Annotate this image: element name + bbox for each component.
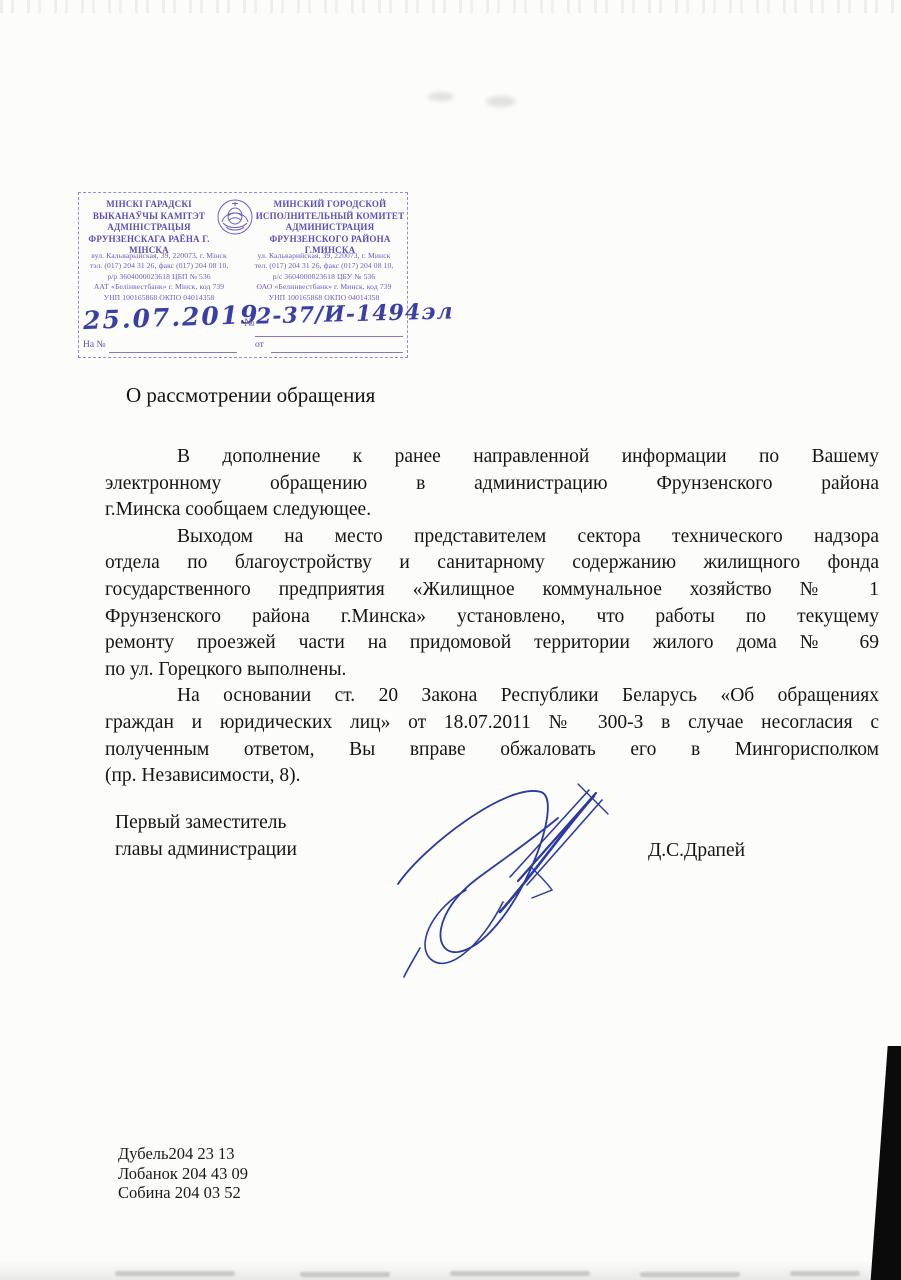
ot-date-underline (271, 352, 403, 353)
executor-contact-line: Лобанок 204 43 09 (118, 1164, 248, 1184)
scan-smudge (300, 1272, 390, 1277)
body-line: по ул. Горецкого выполнены. (105, 657, 879, 684)
org-line: ВЫКАНАЎЧЫ КАМІТЭТ (79, 211, 219, 223)
scan-smudge (790, 1271, 860, 1276)
scan-smudge (450, 1271, 590, 1276)
handwritten-signature (382, 780, 652, 980)
signer-position-line: главы администрации (115, 837, 297, 864)
handwritten-date: 25.07.2019 (83, 300, 260, 335)
detail-line: тэл. (017) 204 31 26, факс (017) 204 08 … (79, 261, 239, 271)
detail-line: ОАО «Белинвестбанк» г. Минск, код 739 (243, 282, 405, 292)
org-details-russian: ул. Кальварийская, 39, 220073, г. Минск … (243, 251, 405, 303)
body-line: В дополнение к ранее направленной информ… (105, 444, 879, 471)
org-line: АДМИНИСТРАЦИЯ (255, 222, 405, 234)
coat-of-arms-emblem-icon (216, 198, 254, 236)
org-line: МИНСКИЙ ГОРОДСКОЙ (255, 199, 405, 211)
letter-body: В дополнение к ранее направленной информ… (105, 444, 879, 790)
scan-noise-strip (0, 0, 901, 13)
org-line: АДМІНІСТРАЦЫЯ (79, 222, 219, 234)
executor-contacts: Дубель204 23 13 Лобанок 204 43 09 Собина… (118, 1144, 248, 1203)
scanned-letter-page: МІНСКІ ГАРАДСКІ ВЫКАНАЎЧЫ КАМІТЭТ АДМІНІ… (0, 0, 901, 1280)
org-details-belarusian: вул. Кальварыйская, 39, 220073, г. Мінск… (79, 251, 239, 303)
org-name-russian: МИНСКИЙ ГОРОДСКОЙ ИСПОЛНИТЕЛЬНЫЙ КОМИТЕТ… (255, 199, 405, 257)
executor-contact-line: Дубель204 23 13 (118, 1144, 248, 1164)
detail-line: р/р 3604000023618 ЦБП № 536 (79, 272, 239, 282)
signer-position: Первый заместитель главы администрации (115, 810, 297, 863)
detail-line: тел. (017) 204 31 26, факс (017) 204 08 … (243, 261, 405, 271)
number-sign-label: № (244, 317, 255, 329)
detail-line: р/с 3604000023618 ЦБУ № 536 (243, 272, 405, 282)
body-line: отдела по благоустройству и санитарному … (105, 550, 879, 577)
number-underline (255, 336, 403, 337)
ot-date-label: от (255, 340, 264, 350)
signer-name: Д.С.Драпей (648, 840, 745, 862)
scan-black-edge (864, 1046, 901, 1280)
org-line: МІНСКІ ГАРАДСКІ (79, 199, 219, 211)
body-line: полученным ответом, Вы вправе обжаловать… (105, 737, 879, 764)
paragraph: Выходом на место представителем сектора … (105, 524, 879, 684)
body-line: Фрунзенского района г.Минска» установлен… (105, 604, 879, 631)
letterhead-stamp: МІНСКІ ГАРАДСКІ ВЫКАНАЎЧЫ КАМІТЭТ АДМІНІ… (78, 192, 408, 358)
body-line: Выходом на место представителем сектора … (105, 524, 879, 551)
paragraph: В дополнение к ранее направленной информ… (105, 444, 879, 524)
detail-line: ААТ «Белінвестбанк» г. Мінск, код 739 (79, 282, 239, 292)
body-line: электронному обращению в администрацию Ф… (105, 471, 879, 498)
body-line: На основании ст. 20 Закона Республики Бе… (105, 683, 879, 710)
paragraph: На основании ст. 20 Закона Республики Бе… (105, 683, 879, 789)
letter-subject: О рассмотрении обращения (126, 383, 375, 408)
org-line: ИСПОЛНИТЕЛЬНЫЙ КОМИТЕТ (255, 211, 405, 223)
scan-smudge (486, 96, 516, 107)
detail-line: ул. Кальварийская, 39, 220073, г. Минск (243, 251, 405, 261)
scan-smudge (115, 1271, 235, 1276)
executor-contact-line: Собина 204 03 52 (118, 1183, 248, 1203)
scan-smudge (428, 92, 454, 101)
na-number-underline (109, 352, 237, 353)
body-line: государственного предприятия «Жилищное к… (105, 577, 879, 604)
signer-position-line: Первый заместитель (115, 810, 297, 837)
scan-smudge (640, 1272, 740, 1277)
body-line: граждан и юридических лиц» от 18.07.2011… (105, 710, 879, 737)
body-line: г.Минска сообщаем следующее. (105, 497, 879, 524)
body-line: ремонту проезжей части на придомовой тер… (105, 630, 879, 657)
detail-line: вул. Кальварыйская, 39, 220073, г. Мінск (79, 251, 239, 261)
org-name-belarusian: МІНСКІ ГАРАДСКІ ВЫКАНАЎЧЫ КАМІТЭТ АДМІНІ… (79, 199, 219, 257)
handwritten-outgoing-number: 2-37/И-1494эл (256, 298, 454, 329)
na-number-label: На № (83, 340, 106, 350)
